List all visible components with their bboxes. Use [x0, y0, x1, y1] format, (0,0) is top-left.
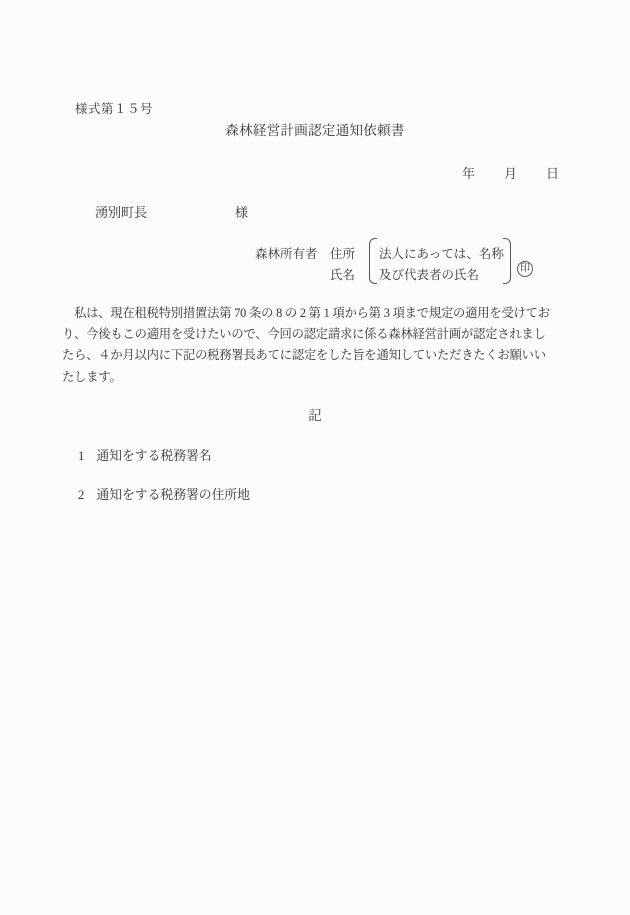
form-number: 様式第１５号 [75, 99, 153, 117]
document-page: 様式第１５号 森林経営計画認定通知依頼書 年 月 日 湧別町長 様 森林所有者 … [0, 0, 630, 915]
record-heading: 記 [62, 404, 568, 424]
list-item: 1通知をする税務署名 [78, 445, 212, 464]
owner-name-label: 氏名 [330, 265, 355, 283]
corporation-note-line-2: 及び代表者の氏名 [379, 265, 479, 283]
body-paragraph: 私は、現在租税特別措置法第 70 条の 8 の 2 第 1 項から第 3 項まで… [62, 303, 574, 388]
item-number: 1 [78, 449, 84, 463]
item-text: 通知をする税務署の住所地 [96, 488, 250, 502]
document-title: 森林経営計画認定通知依頼書 [62, 119, 568, 139]
addressee-name: 湧別町長 [95, 202, 147, 221]
corporation-note-line-1: 法人にあっては、名称 [379, 244, 504, 262]
forest-owner-label: 森林所有者 [255, 244, 318, 262]
date-line: 年 月 日 [462, 163, 560, 182]
item-text: 通知をする税務署名 [96, 449, 211, 463]
body-line: たします。 [62, 367, 574, 388]
body-line: り、今後もこの適用を受けたいので、今回の認定請求に係る森林経営計画が認定されまし [62, 324, 574, 345]
seal-icon: 印 [517, 261, 533, 277]
left-bracket [369, 238, 377, 284]
addressee-honorific: 様 [235, 202, 248, 221]
item-number: 2 [78, 488, 84, 502]
right-bracket [503, 238, 511, 284]
body-line: たら、４か月以内に下記の税務署長あてに認定をした旨を通知していただきたくお願いい [62, 345, 574, 366]
list-item: 2通知をする税務署の住所地 [78, 484, 250, 503]
body-line: 私は、現在租税特別措置法第 70 条の 8 の 2 第 1 項から第 3 項まで… [62, 303, 574, 324]
owner-address-label: 住所 [330, 244, 355, 262]
